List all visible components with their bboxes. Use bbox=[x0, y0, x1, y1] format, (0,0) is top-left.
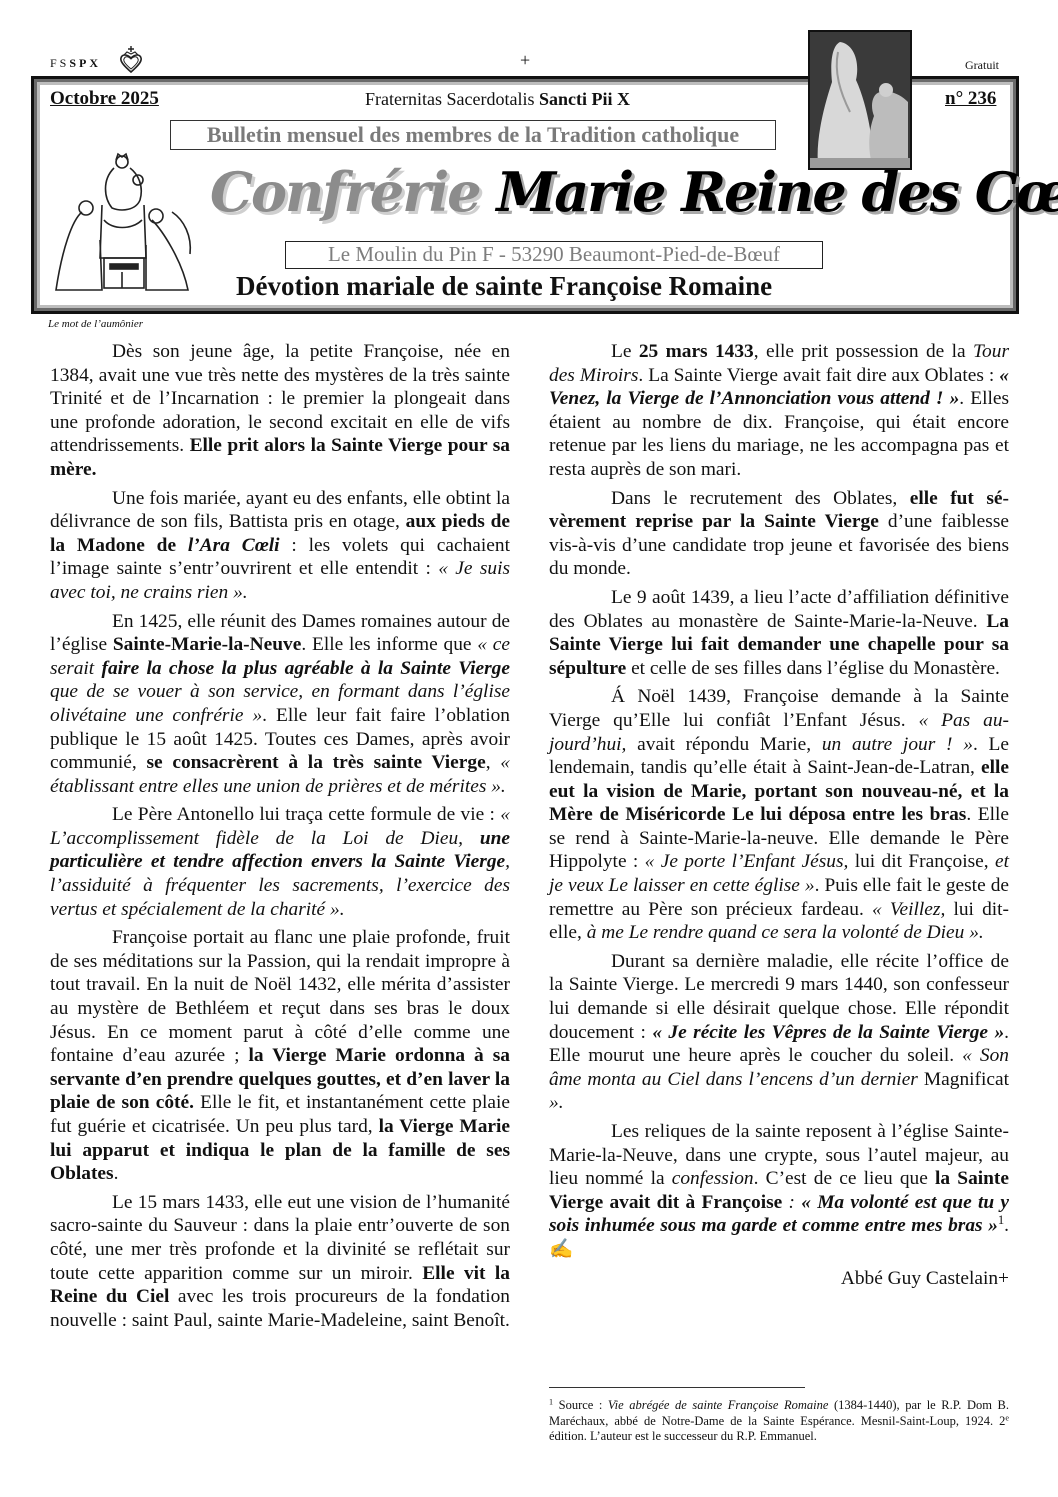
publisher-brand: FSSPX bbox=[50, 56, 101, 71]
paragraph: Françoise portait au flanc une plaie pro… bbox=[50, 926, 510, 1186]
brand-bold: SPX bbox=[69, 56, 101, 70]
price-label: Gratuit bbox=[965, 58, 999, 73]
paragraph: Dès son jeune âge, la petite Françoise, … bbox=[50, 340, 510, 482]
fraternity-prefix: Fraternitas Sacerdotalis bbox=[365, 89, 539, 109]
masthead-title: Confrérie Marie Reine des Cœurs bbox=[210, 158, 1058, 226]
title-marie-reine: Marie Reine des Cœurs bbox=[496, 160, 1058, 224]
paragraph: Le 15 mars 1433, elle eut une vision de … bbox=[50, 1191, 510, 1333]
article-column-right: Le 25 mars 1433, elle prit possession de… bbox=[549, 340, 1009, 1290]
paragraph: Une fois mariée, ayant eu des enfants, e… bbox=[50, 487, 510, 605]
paragraph: Durant sa dernière maladie, elle récite … bbox=[549, 950, 1009, 1115]
paragraph: Le 25 mars 1433, elle prit possession de… bbox=[549, 340, 1009, 482]
article-column-left: Dès son jeune âge, la petite Françoise, … bbox=[50, 340, 510, 1337]
postal-address: Le Moulin du Pin F - 53290 Beaumont-Pied… bbox=[285, 241, 823, 269]
brand-light: FS bbox=[50, 56, 69, 70]
madonna-enthroned-illustration bbox=[42, 150, 202, 300]
bulletin-subtitle: Bulletin mensuel des membres de la Tradi… bbox=[170, 120, 776, 150]
paragraph: Le 9 août 1439, a lieu l’acte d’affiliat… bbox=[549, 586, 1009, 680]
fraternity-name: Fraternitas Sacerdotalis Sancti Pii X bbox=[365, 89, 630, 110]
article-title: Dévotion mariale de sainte Françoise Rom… bbox=[236, 271, 772, 302]
issue-date: Octobre 2025 bbox=[50, 88, 159, 110]
author-signature: Abbé Guy Castelain+ bbox=[549, 1267, 1009, 1291]
footnote-divider bbox=[549, 1387, 805, 1388]
paragraph: En 1425, elle réunit des Dames romaines … bbox=[50, 610, 510, 799]
paragraph: Dans le recrutement des Oblates, elle fu… bbox=[549, 487, 1009, 581]
fraternity-bold: Sancti Pii X bbox=[539, 89, 630, 109]
issue-number: n° 236 bbox=[945, 88, 996, 110]
sacred-heart-crown-icon bbox=[118, 44, 144, 74]
cross-mark: + bbox=[520, 50, 530, 71]
paragraph: Les reliques de la sainte reposent à l’é… bbox=[549, 1120, 1009, 1262]
title-confrerie: Confrérie bbox=[210, 160, 496, 224]
section-kicker: Le mot de l’aumônier bbox=[48, 318, 143, 330]
footnote: 1 Source : Vie abrégée de sainte Françoi… bbox=[549, 1398, 1009, 1445]
kneeling-saint-statue-photo bbox=[808, 30, 912, 170]
paragraph: Le Père Antonello lui traça cette formul… bbox=[50, 803, 510, 921]
paragraph: Á Noël 1439, Françoise demande à la Sain… bbox=[549, 685, 1009, 945]
